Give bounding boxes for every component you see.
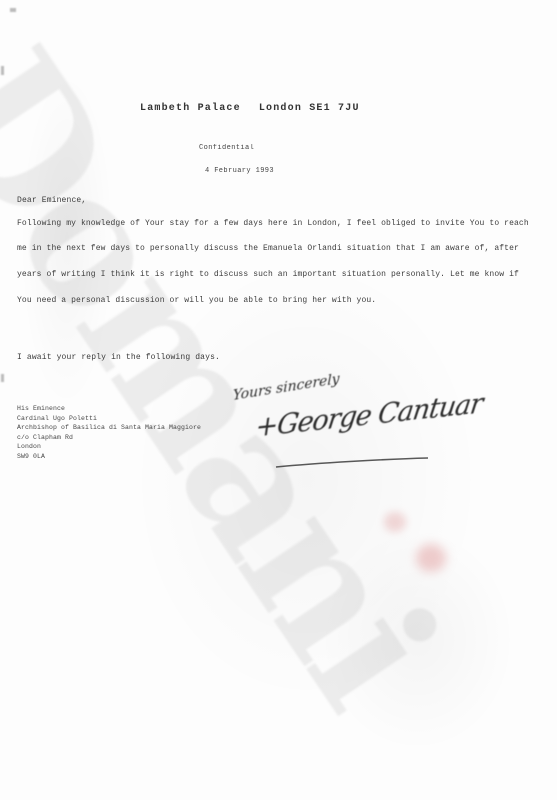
address-line: Archbishop of Basilica di Santa Maria Ma… xyxy=(17,423,201,433)
body-line: You need a personal discussion or will y… xyxy=(17,296,376,305)
salutation: Dear Eminence, xyxy=(17,196,86,205)
closing-line: I await your reply in the following days… xyxy=(17,353,220,362)
signature-handwriting: +George Cantuar xyxy=(254,388,485,443)
body-line: me in the next few days to personally di… xyxy=(17,244,519,253)
domani-watermark: Domani xyxy=(0,14,475,738)
valediction-handwriting: Yours sincerely xyxy=(233,371,340,404)
address-line: Cardinal Ugo Poletti xyxy=(17,414,201,424)
scanned-letter-page: Domani Lambeth PalaceLondon SE1 7JU Conf… xyxy=(0,0,557,800)
body-line: years of writing I think it is right to … xyxy=(17,270,519,279)
address-line: His Eminence xyxy=(17,404,201,414)
confidential-label: Confidential xyxy=(199,144,254,152)
address-line: London xyxy=(17,442,201,452)
recipient-address-block: His Eminence Cardinal Ugo Poletti Archbi… xyxy=(17,404,201,462)
scan-speck xyxy=(1,66,4,75)
signature-underline xyxy=(272,454,432,470)
address-line: SW9 0LA xyxy=(17,452,201,462)
scan-speck xyxy=(1,374,4,382)
date-line: 4 February 1993 xyxy=(205,167,274,175)
letterhead: Lambeth PalaceLondon SE1 7JU xyxy=(140,103,360,114)
letterhead-address: London SE1 7JU xyxy=(259,103,360,114)
address-line: c/o Clapham Rd xyxy=(17,433,201,443)
letterhead-name: Lambeth Palace xyxy=(140,103,241,114)
scan-speck xyxy=(10,8,16,12)
red-ink-blot xyxy=(384,512,406,532)
body-line: Following my knowledge of Your stay for … xyxy=(17,219,529,228)
red-ink-blot xyxy=(416,544,446,572)
